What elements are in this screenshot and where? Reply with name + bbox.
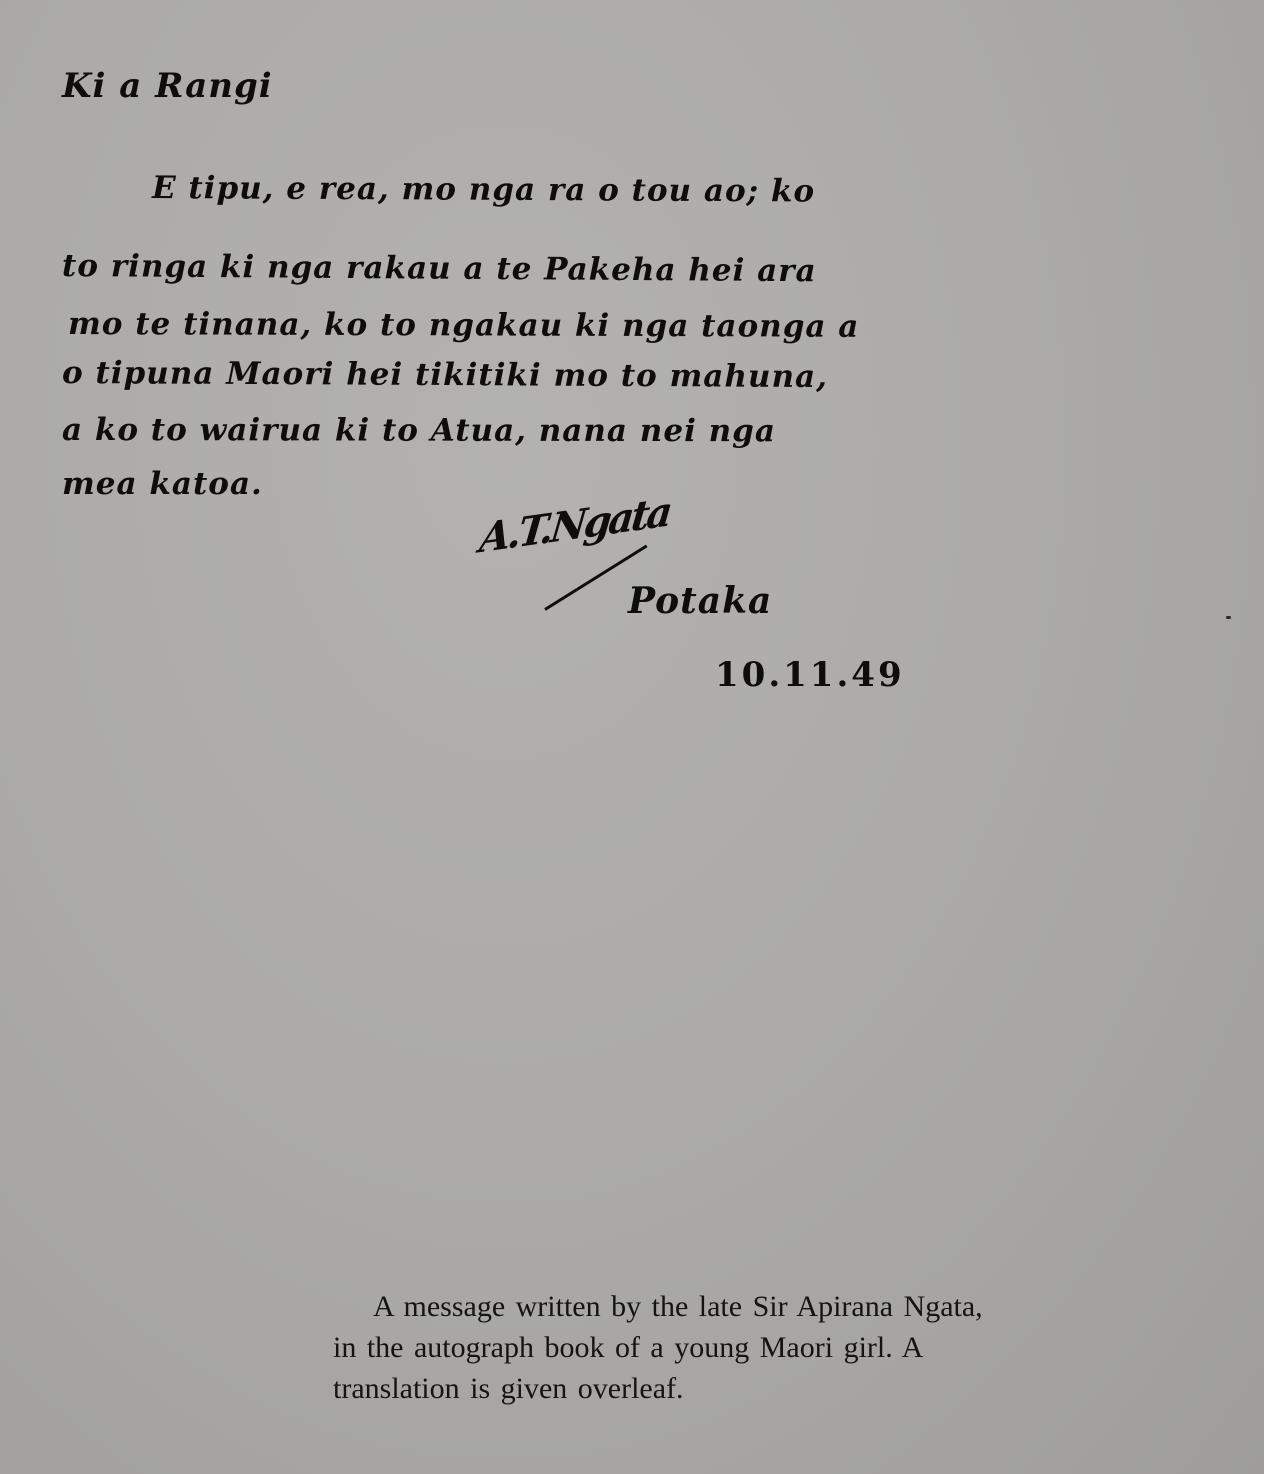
signature: A.T.Ngata	[477, 488, 672, 563]
book-page: Ki a Rangi E tipu, e rea, mo nga ra o to…	[0, 0, 1264, 1474]
handwritten-line-6: mea katoa.	[62, 466, 263, 502]
ink-speck	[1226, 616, 1231, 619]
handwritten-line-4: o tipuna Maori hei tikitiki mo to mahuna…	[62, 355, 828, 395]
caption: A message written by the late Sir Apiran…	[333, 1286, 1033, 1409]
handwritten-line-2: to ringa ki nga rakau a te Pakeha hei ar…	[62, 248, 817, 289]
caption-line-2: in the autograph book of a young Maori g…	[333, 1331, 923, 1364]
signature-name: Potaka	[628, 580, 772, 622]
handwritten-line-5: a ko to wairua ki to Atua, nana nei nga	[62, 412, 776, 449]
handwritten-line-1: E tipu, e rea, mo nga ra o tou ao; ko	[152, 170, 815, 209]
handwritten-line-3: mo te tinana, ko to ngakau ki nga taonga…	[68, 306, 859, 345]
signature-date: 10.11.49	[715, 655, 905, 695]
salutation: Ki a Rangi	[62, 66, 273, 106]
caption-line-1: A message written by the late Sir Apiran…	[373, 1290, 983, 1323]
caption-line-3: translation is given overleaf.	[333, 1372, 684, 1405]
